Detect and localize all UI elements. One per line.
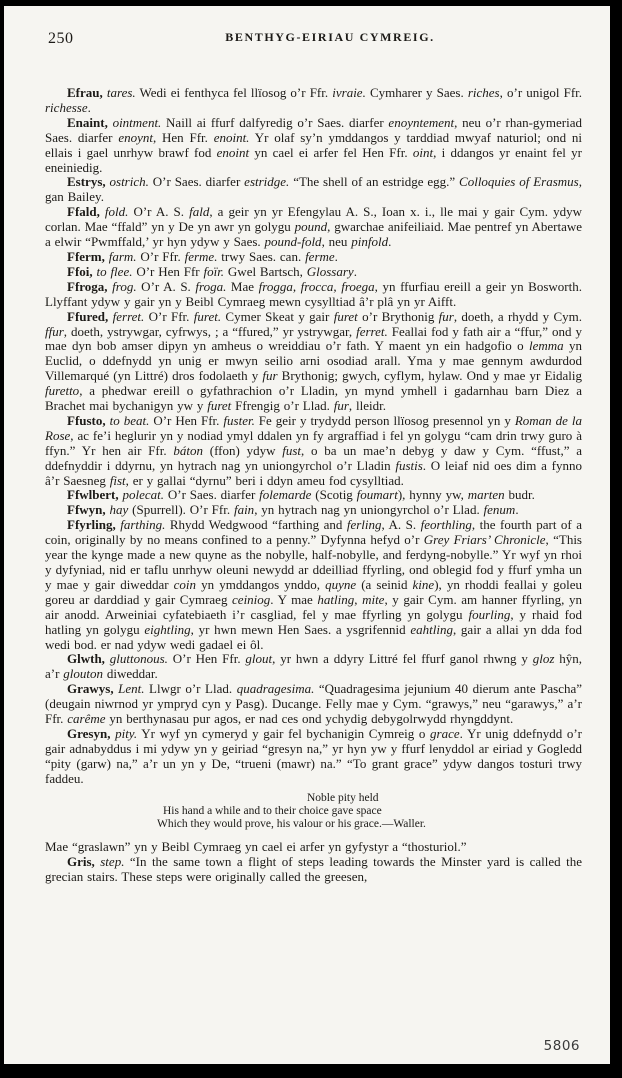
entry-text: Ffrengig o’r Llad. xyxy=(231,398,333,413)
italic-term: enoyntement xyxy=(388,115,454,130)
italic-term: ferme xyxy=(305,249,335,264)
dictionary-content: Efrau, tares. Wedi ei fenthyca fel llïos… xyxy=(45,86,582,885)
verse-line: His hand a while and to their choice gav… xyxy=(157,805,582,818)
entry-text: , yn hytrach nag yn uniongyrchol o’r Lla… xyxy=(254,502,483,517)
italic-term: fain xyxy=(234,502,254,517)
italic-term: fold. xyxy=(105,204,128,219)
entry-headword: Gresyn, xyxy=(67,726,115,741)
entry-text: . Y mae xyxy=(270,592,317,607)
entry-gresyn: Gresyn, pity. Yr wyf yn cymeryd y gair f… xyxy=(45,727,582,787)
italic-term: fur xyxy=(439,309,454,324)
italic-term: to beat. xyxy=(110,413,150,428)
entry-headword: Gris, xyxy=(67,854,100,869)
italic-term: carême xyxy=(67,711,105,726)
italic-term: fourling xyxy=(468,607,510,622)
italic-term: folemarde xyxy=(259,487,311,502)
paragraph-graslawn: Mae “graslawn” yn y Beibl Cymraeg yn cae… xyxy=(45,840,582,855)
entry-text: o’r Brythonig xyxy=(358,309,439,324)
entry-text: Gwel Bartsch, xyxy=(224,264,307,279)
italic-term: lemma xyxy=(529,338,564,353)
italic-term: farm. xyxy=(109,249,137,264)
italic-term: Grey Friars’ Chronicle xyxy=(424,532,546,547)
italic-term: furet. xyxy=(194,309,221,324)
entry-text: “In the same town a flight of steps lead… xyxy=(45,854,582,884)
italic-term: pinfold xyxy=(351,234,388,249)
italic-term: foïr. xyxy=(203,264,224,279)
italic-term: fur xyxy=(334,398,349,413)
entry-headword: Efrau, xyxy=(67,85,107,100)
italic-term: furet xyxy=(207,398,231,413)
entry-headword: Ffured, xyxy=(67,309,113,324)
entry-text: O’r Hen Ffr xyxy=(132,264,203,279)
entry-text: O’r Hen Ffr. xyxy=(149,413,223,428)
entry-text: , Hen Ffr. xyxy=(153,130,214,145)
italic-term: ointment. xyxy=(113,115,162,130)
entry-text: yn ymddangos ynddo, xyxy=(196,577,325,592)
entry-ffusto: Ffusto, to beat. O’r Hen Ffr. fuster. Fe… xyxy=(45,414,582,489)
entry-text: diweddar. xyxy=(103,666,158,681)
entry-headword: Ffwlbert, xyxy=(67,487,122,502)
entry-text: (ffon) ydyw xyxy=(203,443,282,458)
italic-term: fust xyxy=(282,443,301,458)
entry-text: (Scotig xyxy=(311,487,356,502)
italic-term: richesse xyxy=(45,100,88,115)
entry-text: O’r Ffr. xyxy=(144,309,193,324)
entry-text: (Spurrell). O’r Ffr. xyxy=(128,502,234,517)
entry-text: . xyxy=(335,249,338,264)
entry-text: yn berthynasau pur agos, er nad ces ond … xyxy=(106,711,514,726)
entry-text: Cymer Skeat y gair xyxy=(221,309,334,324)
italic-term: fur xyxy=(262,368,277,383)
entry-text: Fe geir y trydydd person llïosog presenn… xyxy=(255,413,515,428)
entry-ffald: Ffald, fold. O’r A. S. fald, a geir yn y… xyxy=(45,205,582,250)
scan-id-number: 5806 xyxy=(544,1038,580,1054)
italic-term: Colloquies of Erasmus xyxy=(459,174,579,189)
entry-text: O’r A. S. xyxy=(128,204,189,219)
entry-text: . xyxy=(354,264,357,279)
entry-headword: Ffoi, xyxy=(67,264,96,279)
italic-term: gluttonous. xyxy=(110,651,168,666)
entry-text: trwy Saes. can. xyxy=(217,249,305,264)
italic-term: Lent. xyxy=(118,681,144,696)
italic-term: fald xyxy=(189,204,209,219)
scanned-page: 250 BENTHYG-EIRIAU CYMREIG. Efrau, tares… xyxy=(4,6,610,1064)
italic-term: Glossary xyxy=(307,264,354,279)
entry-text: (a seinid xyxy=(356,577,412,592)
entry-headword: Fferm, xyxy=(67,249,109,264)
entry-ffoi: Ffoi, to flee. O’r Hen Ffr foïr. Gwel Ba… xyxy=(45,265,582,280)
entry-headword: Ffroga, xyxy=(67,279,112,294)
verse-quote: Noble pity heldHis hand a while and to t… xyxy=(157,792,582,832)
italic-term: riches xyxy=(468,85,500,100)
italic-term: ivraie. xyxy=(332,85,366,100)
italic-term: ferret. xyxy=(356,324,388,339)
italic-term: enoint xyxy=(217,145,250,160)
italic-term: quyne xyxy=(325,577,356,592)
entry-text: Llwgr o’r Llad. xyxy=(145,681,237,696)
italic-term: fustis xyxy=(395,458,422,473)
italic-term: enoynt xyxy=(118,130,153,145)
entry-text: O’r A. S. xyxy=(137,279,196,294)
entry-ffroga: Ffroga, frog. O’r A. S. froga. Mae frogg… xyxy=(45,280,582,310)
italic-term: foumart xyxy=(357,487,398,502)
entry-headword: Glwth, xyxy=(67,651,110,666)
italic-term: pound-fold xyxy=(265,234,322,249)
italic-term: oint xyxy=(413,145,433,160)
italic-term: ferret. xyxy=(113,309,145,324)
italic-term: eahtling xyxy=(410,622,453,637)
scan-frame: 250 BENTHYG-EIRIAU CYMREIG. Efrau, tares… xyxy=(0,0,622,1078)
italic-term: farthing. xyxy=(120,517,165,532)
italic-term: grace xyxy=(430,726,460,741)
entry-text: , doeth, a rhydd y Cym. xyxy=(454,309,582,324)
verse-line: Noble pity held xyxy=(157,792,582,805)
entry-estrys: Estrys, ostrich. O’r Saes. diarfer estri… xyxy=(45,175,582,205)
entry-text: O’r Ffr. xyxy=(137,249,185,264)
italic-term: furet xyxy=(334,309,358,324)
italic-term: báton xyxy=(173,443,203,458)
italic-term: fist xyxy=(110,473,126,488)
entry-text: Mae “graslawn” yn y Beibl Cymraeg yn cae… xyxy=(45,839,467,854)
entry-text: Mae xyxy=(226,279,258,294)
italic-term: feorthling xyxy=(421,517,472,532)
entry-headword: Grawys, xyxy=(67,681,118,696)
entry-grawys: Grawys, Lent. Llwgr o’r Llad. quadragesi… xyxy=(45,682,582,727)
italic-term: kine xyxy=(413,577,435,592)
entry-text: yn cael ei arfer fel Hen Ffr. xyxy=(249,145,413,160)
entry-headword: Estrys, xyxy=(67,174,110,189)
verse-line: Which they would prove, his valour or hi… xyxy=(157,818,582,831)
italic-term: step. xyxy=(100,854,124,869)
entry-text: , yr hwn a ddyry Littré fel ffurf ganol … xyxy=(272,651,533,666)
italic-term: tares. xyxy=(107,85,136,100)
entry-text: , doeth, ystrywgar, cyfrwys, ; a “ffured… xyxy=(64,324,356,339)
entry-text: Rhydd Wedgwood “farthing and xyxy=(165,517,346,532)
entry-text: Brythonig; gwych, cyflym, hylaw. Ond y m… xyxy=(278,368,582,383)
entry-text: . xyxy=(88,100,91,115)
italic-term: marten xyxy=(468,487,505,502)
italic-term: coin xyxy=(174,577,196,592)
entry-glwth: Glwth, gluttonous. O’r Hen Ffr. glout, y… xyxy=(45,652,582,682)
italic-term: ceiniog xyxy=(232,592,270,607)
italic-term: froga. xyxy=(195,279,226,294)
entry-text: . xyxy=(515,502,518,517)
entry-gris: Gris, step. “In the same town a flight o… xyxy=(45,855,582,885)
italic-term: hay xyxy=(110,502,129,517)
entry-text: “The shell of an estridge egg.” xyxy=(289,174,459,189)
entry-text: , A. S. xyxy=(382,517,421,532)
italic-term: polecat. xyxy=(122,487,164,502)
italic-term: ostrich. xyxy=(110,174,149,189)
italic-term: estridge. xyxy=(244,174,289,189)
italic-term: ffur xyxy=(45,324,64,339)
entry-ffwyn: Ffwyn, hay (Spurrell). O’r Ffr. fain, yn… xyxy=(45,503,582,518)
entry-ffwlbert: Ffwlbert, polecat. O’r Saes. diarfer fol… xyxy=(45,488,582,503)
entry-ffured: Ffured, ferret. O’r Ffr. furet. Cymer Sk… xyxy=(45,310,582,414)
italic-term: fenum xyxy=(484,502,516,517)
italic-term: glouton xyxy=(63,666,103,681)
entry-headword: Ffwyn, xyxy=(67,502,110,517)
entry-text: budr. xyxy=(505,487,535,502)
italic-term: fuster. xyxy=(223,413,254,428)
italic-term: frog. xyxy=(112,279,136,294)
italic-term: ferme. xyxy=(185,249,218,264)
entry-text: , lleidr. xyxy=(349,398,386,413)
entry-text: , xyxy=(354,592,362,607)
entry-text: ), hynny yw, xyxy=(398,487,468,502)
entry-text: Wedi ei fenthyca fel llïosog o’r Ffr. xyxy=(136,85,333,100)
entry-text: O’r Saes. diarfer xyxy=(164,487,259,502)
entry-headword: Enaint, xyxy=(67,115,113,130)
italic-term: hatling xyxy=(317,592,354,607)
italic-term: eightling xyxy=(144,622,190,637)
entry-headword: Ffald, xyxy=(67,204,105,219)
entry-text: Naill ai ffurf dalfyredig o’r Saes. diar… xyxy=(161,115,388,130)
italic-term: furetto xyxy=(45,383,79,398)
entry-ffyrling: Ffyrling, farthing. Rhydd Wedgwood “fart… xyxy=(45,518,582,652)
entry-text: , o’r unigol Ffr. xyxy=(500,85,582,100)
italic-term: pity. xyxy=(115,726,137,741)
entry-headword: Ffyrling, xyxy=(67,517,120,532)
entry-text: Yr wyf yn cymeryd y gair fel bychanigin … xyxy=(137,726,430,741)
italic-term: pound xyxy=(295,219,328,234)
italic-term: ferling xyxy=(347,517,382,532)
entry-text: . xyxy=(388,234,391,249)
page-header: 250 BENTHYG-EIRIAU CYMREIG. xyxy=(4,30,610,52)
italic-term: to flee. xyxy=(96,264,132,279)
italic-term: gloz xyxy=(533,651,555,666)
italic-term: frogga, frocca, froega xyxy=(259,279,375,294)
entry-text: Cymharer y Saes. xyxy=(366,85,468,100)
entry-text: O’r Hen Ffr. xyxy=(168,651,246,666)
entry-text: , er y gallai “dyrnu” beri i ddyn ameu f… xyxy=(126,473,404,488)
page-number: 250 xyxy=(48,30,74,48)
entry-headword: Ffusto, xyxy=(67,413,110,428)
entry-fferm: Fferm, farm. O’r Ffr. ferme. trwy Saes. … xyxy=(45,250,582,265)
entry-text: O’r Saes. diarfer xyxy=(149,174,244,189)
running-header-title: BENTHYG-EIRIAU CYMREIG. xyxy=(4,30,610,45)
entry-enaint: Enaint, ointment. Naill ai ffurf dalfyre… xyxy=(45,116,582,176)
italic-term: enoint. xyxy=(214,130,250,145)
italic-term: mite xyxy=(362,592,384,607)
entry-text: , yr hwn mewn Hen Saes. a ysgrifennid xyxy=(191,622,411,637)
italic-term: quadragesima. xyxy=(237,681,315,696)
entry-efrau: Efrau, tares. Wedi ei fenthyca fel llïos… xyxy=(45,86,582,116)
entry-text: , neu xyxy=(322,234,352,249)
italic-term: glout xyxy=(245,651,272,666)
